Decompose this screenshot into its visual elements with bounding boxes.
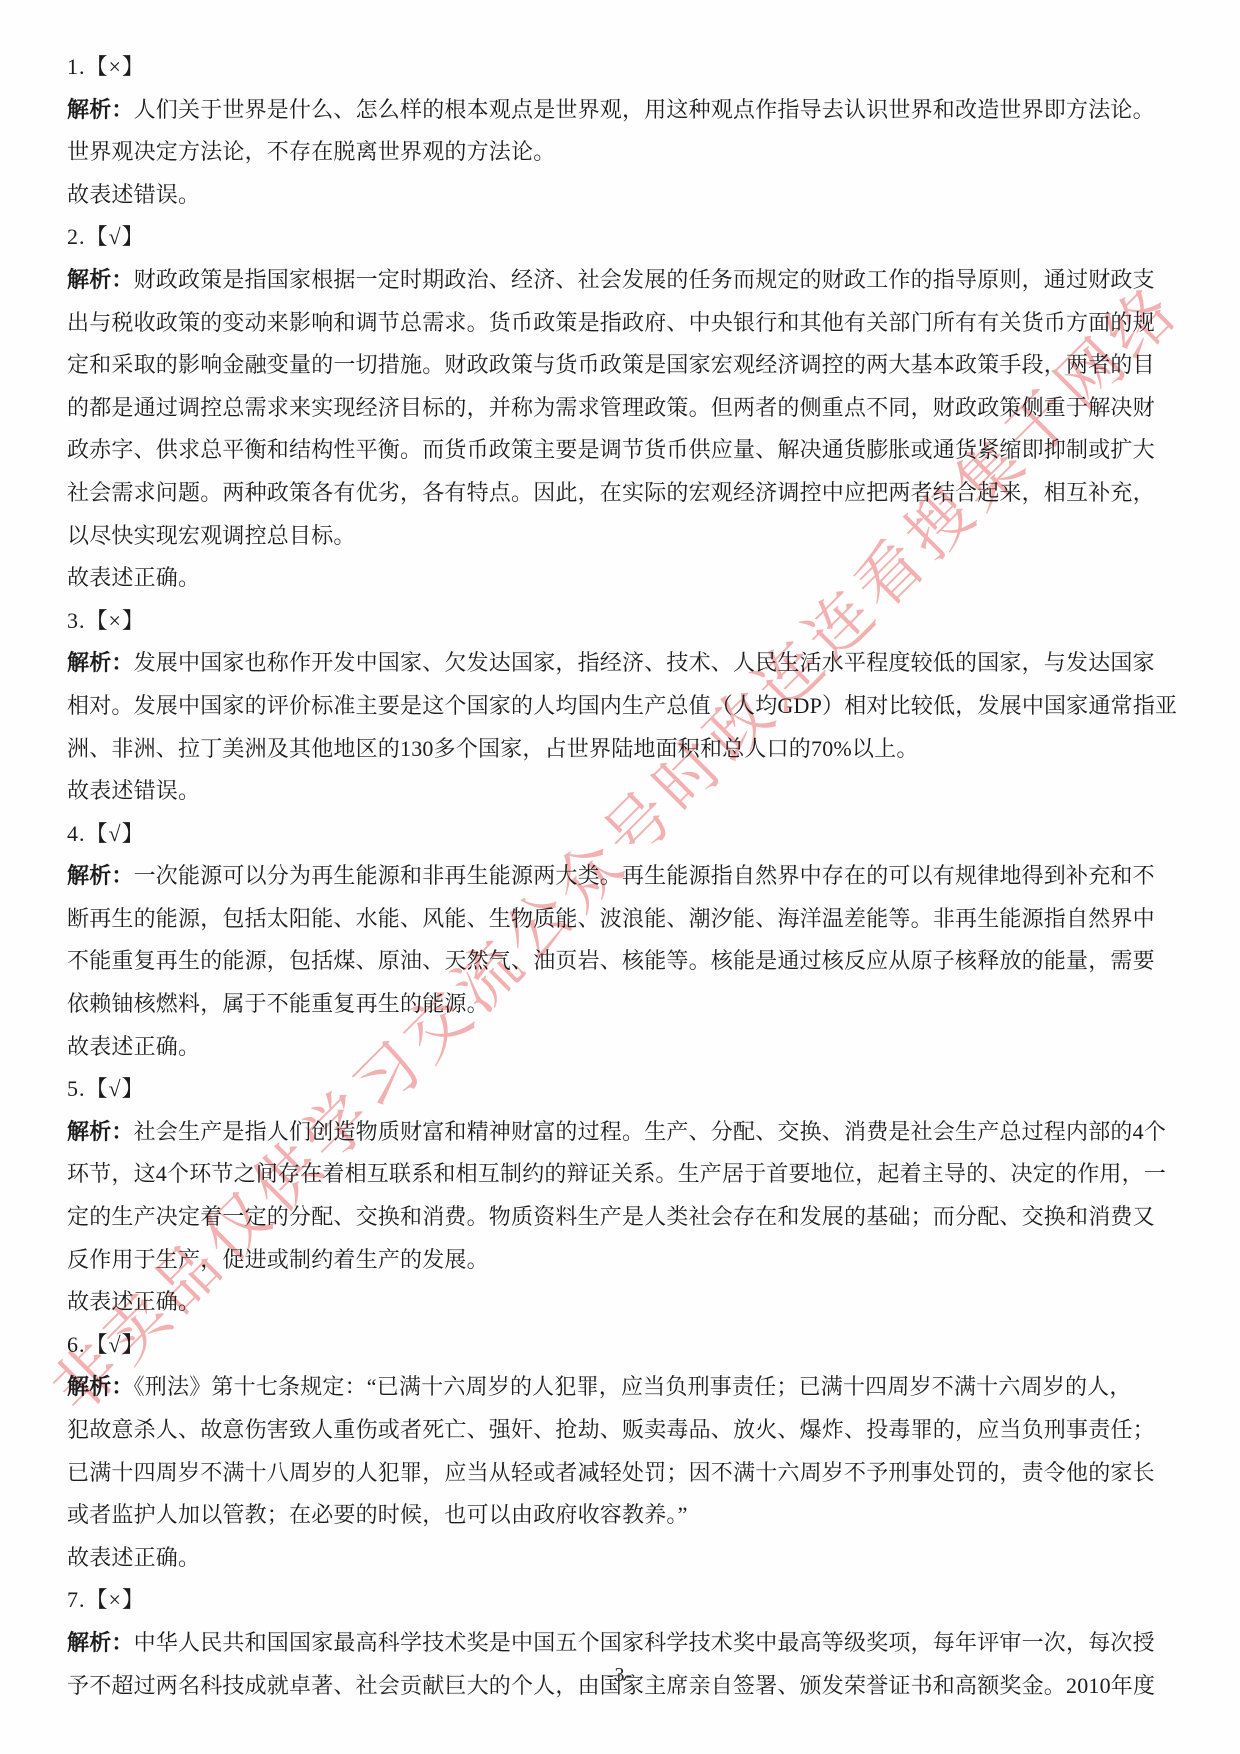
analysis-line: 定的生产决定着一定的分配、交换和消费。物质资料生产是人类社会存在和发展的基础；而… bbox=[67, 1196, 1177, 1239]
analysis-line: 相对。发展中国家的评价标准主要是这个国家的人均国内生产总值（人均GDP）相对比较… bbox=[67, 685, 1177, 728]
analysis-line: 解析：人们关于世界是什么、怎么样的根本观点是世界观，用这种观点作指导去认识世界和… bbox=[67, 89, 1177, 132]
analysis-text: 社会生产是指人们创造物质财富和精神财富的过程。生产、分配、交换、消费是社会生产总… bbox=[134, 1119, 1166, 1144]
analysis-line: 解析：中华人民共和国国家最高科学技术奖是中国五个国家科学技术奖中最高等级奖项，每… bbox=[67, 1622, 1177, 1665]
analysis-line: 的都是通过调控总需求来实现经济目标的，并称为需求管理政策。但两者的侧重点不同，财… bbox=[67, 387, 1177, 430]
conclusion-line: 故表述正确。 bbox=[67, 557, 1177, 600]
conclusion-line: 故表述错误。 bbox=[67, 770, 1177, 813]
analysis-text: 《刑法》第十七条规定：“已满十六周岁的人犯罪，应当负刑事责任；已满十四周岁不满十… bbox=[134, 1374, 1132, 1399]
analysis-label: 解析： bbox=[67, 97, 134, 122]
analysis-line: 断再生的能源，包括太阳能、水能、风能、生物质能、波浪能、潮汐能、海洋温差能等。非… bbox=[67, 898, 1177, 941]
item-header: 7.【×】 bbox=[67, 1579, 1177, 1622]
analysis-line: 解析：财政政策是指国家根据一定时期政治、经济、社会发展的任务而规定的财政工作的指… bbox=[67, 259, 1177, 302]
analysis-line: 解析：社会生产是指人们创造物质财富和精神财富的过程。生产、分配、交换、消费是社会… bbox=[67, 1111, 1177, 1154]
conclusion-line: 故表述正确。 bbox=[67, 1026, 1177, 1069]
analysis-line: 政赤字、供求总平衡和结构性平衡。而货币政策主要是调节货币供应量、解决通货膨胀或通… bbox=[67, 429, 1177, 472]
analysis-line: 已满十四周岁不满十八周岁的人犯罪，应当从轻或者减轻处罚；因不满十六周岁不予刑事处… bbox=[67, 1452, 1177, 1495]
analysis-text: 中华人民共和国国家最高科学技术奖是中国五个国家科学技术奖中最高等级奖项，每年评审… bbox=[134, 1630, 1155, 1655]
analysis-line: 环节，这4个环节之间存在着相互联系和相互制约的辩证关系。生产居于首要地位，起着主… bbox=[67, 1153, 1177, 1196]
analysis-label: 解析： bbox=[67, 1119, 134, 1144]
analysis-label: 解析： bbox=[67, 267, 134, 292]
conclusion-line: 故表述错误。 bbox=[67, 174, 1177, 217]
analysis-line: 社会需求问题。两种政策各有优劣，各有特点。因此，在实际的宏观经济调控中应把两者结… bbox=[67, 472, 1177, 515]
analysis-line: 依赖铀核燃料，属于不能重复再生的能源。 bbox=[67, 983, 1177, 1026]
conclusion-line: 故表述正确。 bbox=[67, 1281, 1177, 1324]
document-page: 非卖品仅供学习交流公众号时政连连看搜集于网络 1.【×】解析：人们关于世界是什么… bbox=[0, 0, 1240, 1754]
analysis-label: 解析： bbox=[67, 863, 134, 888]
analysis-line: 解析：一次能源可以分为再生能源和非再生能源两大类。再生能源指自然界中存在的可以有… bbox=[67, 855, 1177, 898]
analysis-line: 洲、非洲、拉丁美洲及其他地区的130多个国家，占世界陆地面积和总人口的70%以上… bbox=[67, 728, 1177, 771]
item-header: 6.【√】 bbox=[67, 1324, 1177, 1367]
conclusion-line: 故表述正确。 bbox=[67, 1537, 1177, 1580]
analysis-text: 一次能源可以分为再生能源和非再生能源两大类。再生能源指自然界中存在的可以有规律地… bbox=[134, 863, 1155, 888]
analysis-line: 犯故意杀人、故意伤害致人重伤或者死亡、强奸、抢劫、贩卖毒品、放火、爆炸、投毒罪的… bbox=[67, 1409, 1177, 1452]
analysis-line: 定和采取的影响金融变量的一切措施。财政政策与货币政策是国家宏观经济调控的两大基本… bbox=[67, 344, 1177, 387]
analysis-line: 解析：《刑法》第十七条规定：“已满十六周岁的人犯罪，应当负刑事责任；已满十四周岁… bbox=[67, 1366, 1177, 1409]
analysis-line: 以尽快实现宏观调控总目标。 bbox=[67, 515, 1177, 558]
answer-explanations: 1.【×】解析：人们关于世界是什么、怎么样的根本观点是世界观，用这种观点作指导去… bbox=[67, 46, 1177, 1707]
item-header: 2.【√】 bbox=[67, 216, 1177, 259]
item-header: 4.【√】 bbox=[67, 813, 1177, 856]
analysis-line: 反作用于生产，促进或制约着生产的发展。 bbox=[67, 1239, 1177, 1282]
analysis-line: 世界观决定方法论，不存在脱离世界观的方法论。 bbox=[67, 131, 1177, 174]
analysis-text: 人们关于世界是什么、怎么样的根本观点是世界观，用这种观点作指导去认识世界和改造世… bbox=[134, 97, 1155, 122]
item-header: 1.【×】 bbox=[67, 46, 1177, 89]
analysis-label: 解析： bbox=[67, 650, 134, 675]
analysis-line: 出与税收政策的变动来影响和调节总需求。货币政策是指政府、中央银行和其他有关部门所… bbox=[67, 302, 1177, 345]
analysis-line: 或者监护人加以管教；在必要的时候，也可以由政府收容教养。” bbox=[67, 1494, 1177, 1537]
page-number: -3- bbox=[0, 1664, 1240, 1687]
analysis-text: 发展中国家也称作开发中国家、欠发达国家，指经济、技术、人民生活水平程度较低的国家… bbox=[134, 650, 1155, 675]
analysis-label: 解析： bbox=[67, 1630, 134, 1655]
analysis-line: 解析：发展中国家也称作开发中国家、欠发达国家，指经济、技术、人民生活水平程度较低… bbox=[67, 642, 1177, 685]
analysis-label: 解析： bbox=[67, 1374, 134, 1399]
analysis-text: 财政政策是指国家根据一定时期政治、经济、社会发展的任务而规定的财政工作的指导原则… bbox=[134, 267, 1155, 292]
item-header: 5.【√】 bbox=[67, 1068, 1177, 1111]
item-header: 3.【×】 bbox=[67, 600, 1177, 643]
analysis-line: 不能重复再生的能源，包括煤、原油、天然气、油页岩、核能等。核能是通过核反应从原子… bbox=[67, 940, 1177, 983]
